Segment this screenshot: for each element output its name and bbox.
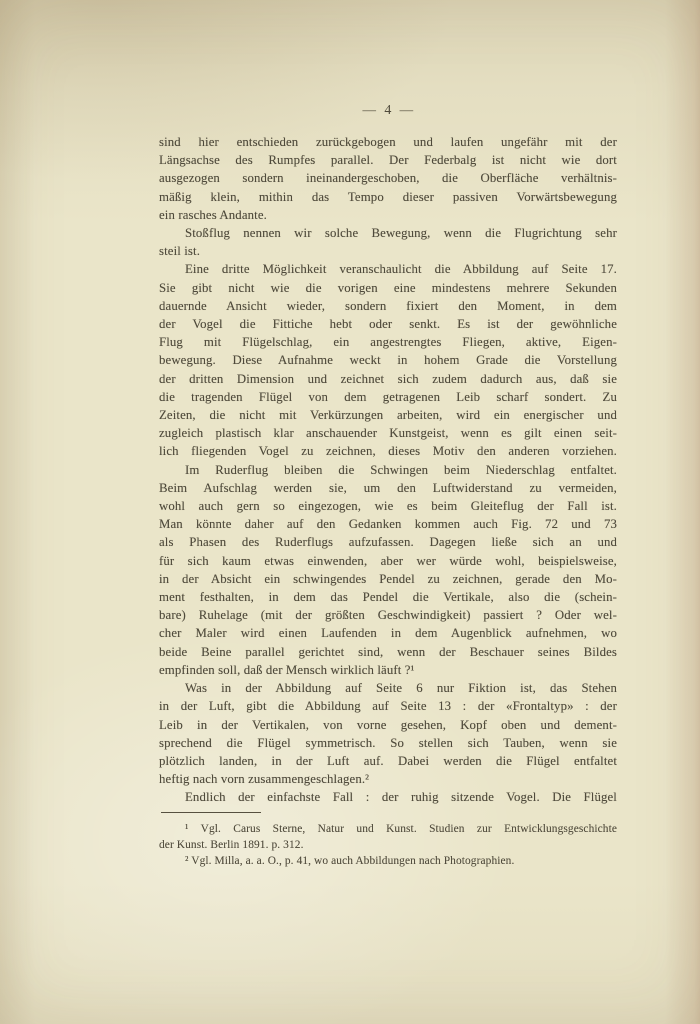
text-line: in der Luft, gibt die Abbildung auf Seit… (159, 697, 617, 715)
text-line: wohl auch gern so eingezogen, wie es bei… (159, 497, 617, 515)
text-line: ein rasches Andante. (159, 206, 617, 224)
paragraph: sind hier entschieden zurückgebogen und … (159, 133, 617, 224)
page-header: —4— (159, 101, 617, 120)
text-line: ausgezogen sondern ineinandergeschoben, … (159, 169, 617, 187)
text-line: Im Ruderflug bleiben die Schwingen beim … (159, 461, 617, 479)
text-line: sind hier entschieden zurückgebogen und … (159, 133, 617, 151)
text-line: für sich kaum etwas einwenden, aber wer … (159, 552, 617, 570)
text-line: Sie gibt nicht wie die vorigen eine mind… (159, 279, 617, 297)
scanned-page: —4— sind hier entschieden zurückgebogen … (0, 0, 700, 1024)
text-line: plötzlich landen, in der Luft auf. Dabei… (159, 752, 617, 770)
header-dash-right: — (400, 102, 414, 117)
paragraph: Eine dritte Möglichkeit veranschaulicht … (159, 260, 617, 460)
text-line: beide Beine parallel gerichtet sind, wen… (159, 643, 617, 661)
text-line: Was in der Abbildung auf Seite 6 nur Fik… (159, 679, 617, 697)
text-line: bewegung. Diese Aufnahme weckt in hohem … (159, 351, 617, 369)
text-line: Beim Aufschlag werden sie, um den Luftwi… (159, 479, 617, 497)
paragraph: Was in der Abbildung auf Seite 6 nur Fik… (159, 679, 617, 788)
text-line: sprechend die Flügel symmetrisch. So ste… (159, 734, 617, 752)
text-line: Eine dritte Möglichkeit veranschaulicht … (159, 260, 617, 278)
text-line: als Phasen des Ruderflugs aufzufassen. D… (159, 533, 617, 551)
text-line: Flug mit Flügelschlag, ein angestrengtes… (159, 333, 617, 351)
footnotes: ¹ Vgl. Carus Sterne, Natur und Kunst. St… (159, 821, 617, 870)
footnote-line: ¹ Vgl. Carus Sterne, Natur und Kunst. St… (159, 821, 617, 837)
paragraph: Endlich der einfachste Fall : der ruhig … (159, 788, 617, 806)
text-line: dauernde Ansicht wieder, sondern fixiert… (159, 297, 617, 315)
header-dash-left: — (363, 102, 377, 117)
text-line: zugleich plastisch klar anschauender Kun… (159, 424, 617, 442)
text-line: steil ist. (159, 242, 617, 260)
text-line: bare) Ruhelage (mit der größten Geschwin… (159, 606, 617, 624)
text-line: Zeiten, die nicht mit Verkürzungen arbei… (159, 406, 617, 424)
text-line: der Vogel die Fittiche hebt oder senkt. … (159, 315, 617, 333)
text-line: cher Maler wird einen Laufenden in dem A… (159, 624, 617, 642)
paragraph: Im Ruderflug bleiben die Schwingen beim … (159, 461, 617, 679)
text-line: empfinden soll, daß der Mensch wirklich … (159, 661, 617, 679)
footnote-line: der Kunst. Berlin 1891. p. 312. (159, 837, 617, 853)
paragraph: Stoßflug nennen wir solche Bewegung, wen… (159, 224, 617, 260)
page-content: —4— sind hier entschieden zurückgebogen … (159, 101, 617, 869)
text-line: Man könnte daher auf den Gedanken kommen… (159, 515, 617, 533)
text-line: lich fliegenden Vogel zu zeichnen, diese… (159, 442, 617, 460)
page-number: 4 (384, 103, 391, 118)
text-line: die tragenden Flügel von dem getragenen … (159, 388, 617, 406)
text-line: Endlich der einfachste Fall : der ruhig … (159, 788, 617, 806)
text-line: mäßig klein, mithin das Tempo dieser pas… (159, 188, 617, 206)
text-line: der dritten Dimension und zeichnet sich … (159, 370, 617, 388)
text-line: Längsachse des Rumpfes parallel. Der Fed… (159, 151, 617, 169)
body-text: sind hier entschieden zurückgebogen und … (159, 133, 617, 807)
footnote-separator (161, 812, 261, 813)
text-line: heftig nach vorn zusammengeschlagen.² (159, 770, 617, 788)
text-line: in der Absicht ein schwingendes Pendel z… (159, 570, 617, 588)
text-line: Stoßflug nennen wir solche Bewegung, wen… (159, 224, 617, 242)
text-line: Leib in der Vertikalen, von vorne gesehe… (159, 716, 617, 734)
footnote-line: ² Vgl. Milla, a. a. O., p. 41, wo auch A… (159, 853, 617, 869)
text-line: ment festhalten, in dem das Pendel die V… (159, 588, 617, 606)
